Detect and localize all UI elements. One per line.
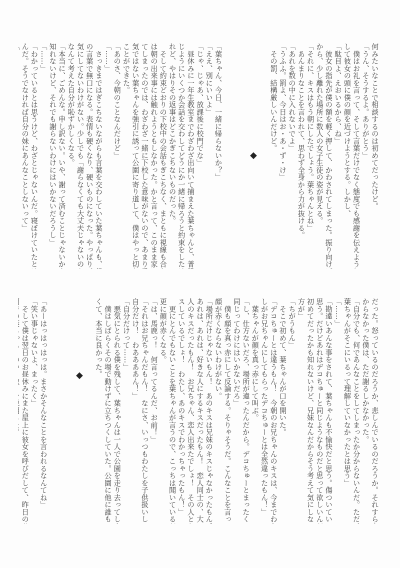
novel-page: 何みたいなことで相談するのは初めてだったけど。「うん、そうするよ。ありがとう」 …: [0, 0, 400, 568]
text-column: 「それに、キスはもう朝にしたでしょう。葉ちゃんとね」: [306, 43, 315, 269]
text-column: 「ちがうもん」: [288, 298, 297, 524]
text-column: 「……」: [334, 298, 343, 524]
text-column: 「ええ、別にいいよ」: [205, 43, 214, 269]
text-column: [224, 43, 233, 269]
text-column: 更にとんでもないことを葉ちゃんが言うので、こっちは聞いているだけで: [168, 298, 177, 524]
text-column: さっきまではぎこちないながらも言葉を交わしていた葉ちゃんも、僕のそ: [95, 43, 104, 269]
text-column: 更に顔が赤くなる。: [159, 298, 168, 524]
text-column: 「それはお兄ちゃんだもん！ なにさ、いっつもわたしを子供扱いして、: [141, 298, 150, 524]
text-column: 「うん、そうするよ。ありがとう」: [362, 43, 371, 269]
text-column: 気にしてないわけがない。少しでも「謝らなくても大丈夫じゃないのか」: [76, 43, 85, 269]
text-column: 「……」: [39, 43, 48, 269]
text-column: 知れないけど、それでも謝らないわけにはいかないだろうし」: [49, 43, 58, 269]
text-column: ことができた。: [122, 43, 131, 269]
text-column: 「じゃ、じゃあ、放課後に校門でな」: [196, 43, 205, 269]
scene-break-diamond-icon: ◆: [250, 152, 257, 161]
text-column: 「……」: [104, 43, 113, 269]
text-column: 「葉ちゃん、今日、一緒に帰らないか？」: [214, 43, 223, 269]
text-column: 「あのさ、今朝のことなんだけど」: [113, 43, 122, 269]
text-column: んだ。そうでなければ自分の妹にあんなことしないって」: [21, 43, 30, 269]
text-column: れど、やはりその返事はどこかぎこちないものだった。: [168, 43, 177, 269]
text-column: [86, 298, 95, 524]
text-column: 気ではない葉ちゃんを強引に誘って公園に寄り道して、僕はやっと切り出す: [132, 43, 141, 269]
text-column: 方が」: [297, 298, 306, 524]
text-column: 思う。だけどあれはデコちゅーと同じようなものだと思って欲しいんだ。: [316, 298, 325, 524]
text-column: 顔が赤くならないわけがない。: [214, 298, 223, 524]
text-column: [67, 298, 76, 524]
text-column: 僕はお礼を言って、そして言葉だけでなく態度でも感謝を伝えようと: [352, 43, 361, 269]
text-column: その罰、結構厳しいんだけど。: [270, 43, 279, 269]
text-column: 「デコちゅーとは違うもん！ 今朝のお兄ちゃんのキスは、今までわた: [270, 298, 279, 524]
text-column: の言葉で無口になる。表情も硬くなり、硬いものになった。やっぱり、: [86, 43, 95, 269]
text-column: あれは、あれは、好きな人にするキスだったもん！ 恋人同士の、大: [196, 298, 205, 524]
top-text-block: 何みたいなことで相談するのは初めてだったけど。「うん、そうするよ。ありがとう」 …: [18, 43, 380, 269]
text-column: 「駄目よ、えおいるから、ね」: [334, 43, 343, 269]
text-column: 「自分でも、何であんなことをしてしまったか分からないんだ。ただ、: [352, 298, 361, 524]
text-column: 僕も顔を真っ赤にして反論する。そりゃそうだ。こんなことを言って: [224, 298, 233, 524]
text-column: [260, 43, 269, 269]
text-column: 「は、馬鹿っ！ 何言ってるんだ、お前！」: [150, 298, 159, 524]
text-column: [58, 298, 67, 524]
text-column: 「うふふ。罰よ、今日はお・あ・ず・け」: [279, 43, 288, 269]
text-column: 「笑い事じゃないよ、まったく」: [30, 298, 39, 524]
text-column: は朝の出来事には触れようともしなかった。かと言って、このまま家に着い: [150, 43, 159, 269]
text-column: だった。怒っているのだろうか、悲しんでいるのだろうか。それすらも分: [371, 298, 380, 524]
text-column: 自分だけ！ わああああん！」: [132, 298, 141, 524]
text-column: 昼休みに一年生教室までわざわざ出向いて捕まえた葉ちゃんと、普段と同: [187, 43, 196, 269]
text-column: [233, 43, 242, 269]
text-column: 「自分だけって……」: [122, 298, 131, 524]
text-column: しがお兄ちゃんにしてもらったデコちゅーとは全然違ったもん！」: [260, 298, 269, 524]
text-column: 「本当に、ごめんな。申し訳ない。いや、謝って済むことじゃないかも: [58, 43, 67, 269]
text-column: 「し、仕方ないだろ、場所が違ったんだから。デコちゅーとまったく: [242, 298, 251, 524]
text-column: 初めてだったかも知れないけど、兄妹なんだからそう考えて気にしない: [306, 298, 315, 524]
text-column: 「あれを数の中に入れないでよ」: [288, 43, 297, 269]
text-column: なんて考えた自分が恥ずかしくなる。: [67, 43, 76, 269]
bottom-text-block: だった。怒っているのだろうか、悲しんでいるのだろうか。それすらも分からなかった僕…: [18, 298, 380, 524]
text-column: 「わかっているとは思うけど、わざとじゃないんだ。寝ぼけていたとはいえ: [30, 43, 39, 269]
text-column: 「勘違いあんな事をされて、葉ちゃんも不愉快だと思う。傷ついているとも: [325, 298, 334, 524]
text-column: から、少し離れた場所に数人の女子生徒の姿が見える。: [316, 43, 325, 269]
text-column: 「あーはっはっはっは。まさかそんなことを言われるなんてね」: [39, 298, 48, 524]
text-column: 同じってわけにはいかないだろ」: [233, 298, 242, 524]
scene-break-diamond-icon: ◆: [76, 372, 83, 381]
text-column: からなかった僕は、ただ謝るしかなかった。: [362, 298, 371, 524]
text-column: 何みたいなことで相談するのは初めてだったけど。: [371, 43, 380, 269]
text-column: [49, 298, 58, 524]
text-column: てしまったのでは、わざわざ一緒に下校した意味がないので、あまり乗り: [141, 43, 150, 269]
text-column: くて、本当に良かった。: [95, 298, 104, 524]
text-column: スしているでしょ！ わたし、あのキスでわかっちゃったもん！」: [178, 298, 187, 524]
text-column: じようにいくつか会話を交わしてどうにか一緒に帰ろうと約束をしたけ: [178, 43, 187, 269]
text-column: 葉ちゃんがそこにいるって理解していなかったとは思う」: [343, 298, 352, 524]
text-column: 葉ちゃんが顔を真っ赤にして叫ぶ。: [251, 298, 260, 524]
text-column: 悪気にとられる僕を残して、葉ちゃんは一人で公園を走り去ってしまった。: [113, 298, 122, 524]
text-column: 「場所だけじゃないもん！ あのキスは兄妹のキスじゃなかったもん！: [205, 298, 214, 524]
text-column: そこで初めて、葉ちゃんが口を開いた。: [279, 298, 288, 524]
text-column: そして約束どおりの下校中の会話もぎこちなく、まともに視線も合わないまま: [159, 43, 168, 269]
text-column: そして僕は翌日のお昼休みにまた屋上に彼女を呼びだして、昨日の公: [21, 298, 30, 524]
text-column: [76, 298, 85, 524]
text-column: して彼女の頭に僕の顔を近づけようとする。しかし、: [343, 43, 352, 269]
text-column: 僕はしばらくその場で動けずに立ちつくしていた。公園に他に誰もいな: [104, 298, 113, 524]
text-column: 人のキスだったもん！ お兄ちゃん、恋人出来たでしょ！ その人とキ: [187, 298, 196, 524]
text-column: 彼女の指先が僕の額を軽く押して、かわされてしまった。振り向けば扉: [325, 43, 334, 269]
text-column: あんまりなことを言われて、思わず全身から力が抜ける。: [297, 43, 306, 269]
